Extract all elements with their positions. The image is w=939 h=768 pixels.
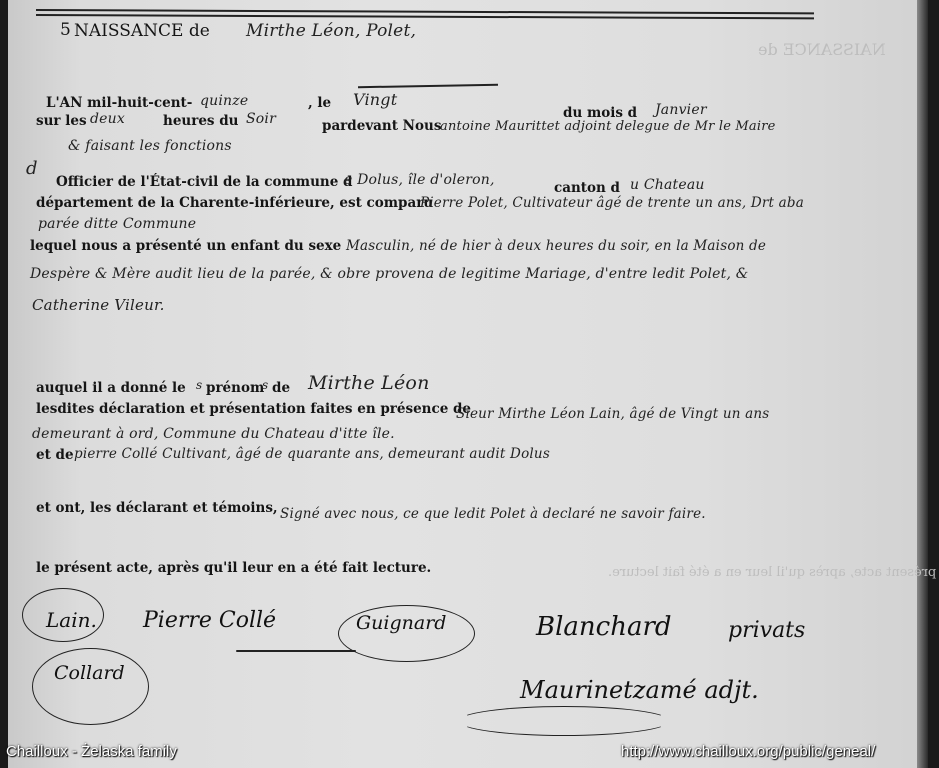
- signature-lain: Lain.: [46, 608, 97, 632]
- hand-declarant: Pierre Polet, Cultivateur âgé de trente …: [420, 195, 804, 211]
- hand-year: quinze: [200, 93, 248, 109]
- hand-parents: Despère & Mère audit lieu de la parée, &…: [30, 266, 748, 282]
- hand-hours: deux: [90, 111, 125, 127]
- hand-mother: Catherine Vileur.: [32, 296, 165, 314]
- hand-month: Janvier: [655, 102, 707, 118]
- printed-canton-label: canton d: [554, 180, 620, 196]
- printed-year-label: L'AN mil-huit-cent-: [46, 95, 192, 111]
- printed-closing: le présent acte, après qu'il leur en a é…: [36, 560, 431, 576]
- watermark-url: http://www.chailloux.org/public/geneal/: [621, 743, 875, 760]
- record-title: NAISSANCE de: [74, 21, 210, 41]
- hand-acting: & faisant les fonctions: [68, 138, 232, 154]
- printed-officer-label: Officier de l'État-civil de la commune d: [56, 174, 352, 190]
- record-title-name: Mirthe Léon, Polet,: [246, 21, 416, 41]
- signature-collard: Collard: [54, 662, 125, 684]
- record-number: 5: [60, 20, 71, 40]
- hand-commune: e Dolus, île d'oleron,: [344, 172, 495, 188]
- hand-signed-statement: Signé avec nous, ce que ledit Polet à de…: [280, 506, 706, 522]
- hand-residence: parée ditte Commune: [38, 216, 196, 232]
- header-rule-bottom: [36, 14, 814, 19]
- signature-mayor-adjoint: Maurinetzamé adjt.: [520, 676, 759, 704]
- printed-child-label: lequel nous a présenté un enfant du sexe: [30, 238, 341, 254]
- register-page: NAISSANCE de le présent acte, après qu'i…: [8, 0, 928, 768]
- page-edge-shadow: [917, 0, 928, 768]
- printed-department-label: département de la Charente-inférieure, e…: [36, 195, 433, 211]
- printed-day-label: , le: [308, 95, 331, 111]
- bleed-through-text: le présent acte, après qu'il leur en a é…: [608, 565, 939, 580]
- printed-presence-label: lesdites déclaration et présentation fai…: [36, 401, 471, 417]
- printed-time-label: heures du: [163, 113, 238, 129]
- printed-given-name-label: auquel il a donné le: [36, 380, 186, 396]
- printed-hours-label: sur les: [36, 113, 87, 129]
- signature-blanchard: Blanchard: [536, 612, 672, 642]
- hand-canton: u Chateau: [630, 177, 705, 193]
- hand-time: Soir: [246, 111, 276, 127]
- printed-before-us: pardevant Nous: [322, 118, 441, 134]
- hand-given-name: Mirthe Léon: [308, 372, 430, 394]
- signature-flourish-collard: [32, 648, 149, 725]
- hand-witness2: pierre Collé Cultivant, âgé de quarante …: [74, 446, 550, 462]
- hand-plural-s2: s: [262, 378, 268, 392]
- hand-plural-s1: s: [196, 378, 202, 392]
- signature-pierre-colle: Pierre Collé: [143, 608, 276, 633]
- hand-d-prefix: d: [26, 158, 38, 179]
- hand-witness1: Sieur Mirthe Léon Lain, âgé de Vingt un …: [456, 406, 769, 422]
- hand-day: Vingt: [353, 90, 397, 109]
- hand-witness1-residence: demeurant à ord, Commune du Chateau d'it…: [32, 426, 395, 442]
- signature-underline-colle: [236, 650, 356, 652]
- printed-de: de: [272, 380, 290, 396]
- day-underline: [358, 84, 498, 88]
- watermark-family: Chailloux - Żelaska family: [6, 743, 177, 760]
- printed-and-of: et de: [36, 447, 74, 463]
- signature-privats: privats: [728, 618, 805, 643]
- hand-sex-birth: Masculin, né de hier à deux heures du so…: [346, 238, 766, 254]
- signature-paraph-flourish: [458, 706, 670, 736]
- hand-officer: antoine Maurittet adjoint delegue de Mr …: [440, 119, 776, 134]
- printed-prenom: prénom: [206, 380, 264, 396]
- bleed-through-title: NAISSANCE de: [758, 40, 886, 59]
- printed-signed-label: et ont, les déclarant et témoins,: [36, 500, 278, 516]
- signature-guignard: Guignard: [356, 612, 446, 634]
